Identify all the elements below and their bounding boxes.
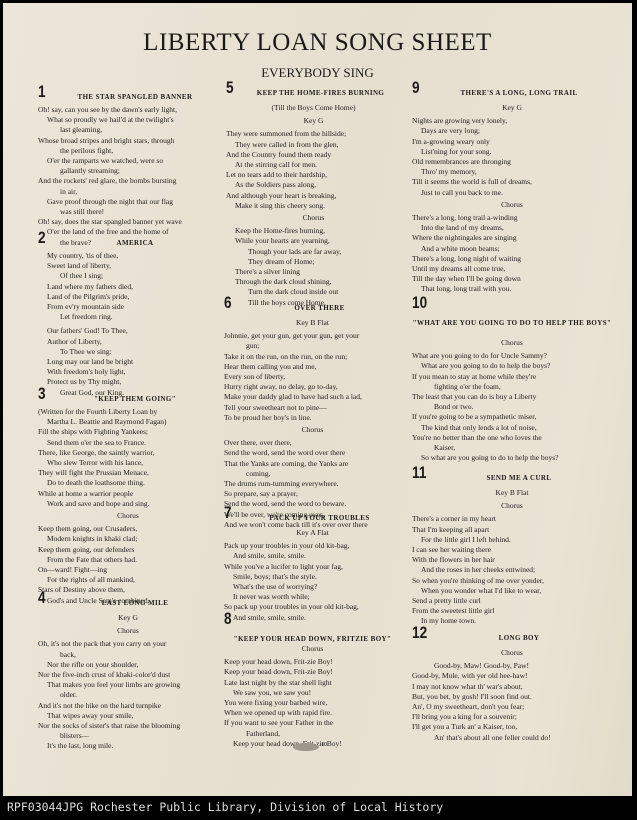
lyric-line: They were summoned from the hillside; [226,129,401,139]
chorus-label: Chorus [412,200,612,210]
lyric-line: Author of Liberty, [38,337,218,347]
song-heading: 6OVER THERE [224,302,401,316]
lyric-line: Make it sing this cheery song. [226,201,401,211]
lyric-line: Through the dark cloud shining, [226,277,401,287]
lyric-line: What so proudly we hail'd at the twiligh… [38,115,218,125]
chorus-label: Chorus [224,425,401,435]
lyric-line: last gleaming, [38,125,218,135]
song-6: 6OVER THEREKey B FlatJohnnie, get your g… [224,302,401,530]
lyric-line: Till the day when I'll be going down [412,274,612,284]
song-title: THE STAR SPANGLED BANNER [38,91,218,102]
song-sheet-page: LIBERTY LOAN SONG SHEET EVERYBODY SING 1… [3,3,632,796]
lyric-line: That makes you feel your limbs are growi… [38,680,218,690]
lyric-line: Send the word, send the word over there [224,448,401,458]
lyric-line: Land where my fathers died, [38,282,218,292]
song-4: 4LAST LONG MILEKey GChorusOh, it's not t… [38,597,218,752]
lyric-line: When we opened up with rapid fire. [224,708,401,718]
page-subtitle: EVERYBODY SING [3,65,632,81]
lyric-line: Send the word, send the word to beware. [224,499,401,509]
song-number: 3 [38,389,46,399]
lyric-line: was still there! [38,207,218,217]
lyric-line: Keep your head down, Frit-zie Boy! [224,657,401,667]
lyric-line: It's the last, long mile. [38,741,218,751]
lyric-line: Of thee I sing; [38,271,218,281]
lyric-line: And the rockets' red glare, the bombs bu… [38,176,218,186]
lyric-line: fighting o'er the foam, [412,382,612,392]
song-12: 12LONG BOYChorusGood-by, Maw! Good-by, P… [412,632,612,743]
lyric-line: With freedom's holy light, [38,367,218,377]
lyric-line: Whose broad stripes and bright stars, th… [38,136,218,146]
lyric-line: Thro' my memory, [412,167,612,177]
song-title: THERE'S A LONG, LONG TRAIL [412,87,612,98]
lyric-line: To be proud her boy's in line. [224,413,401,423]
chorus-label: Chorus [226,213,401,223]
lyric-line: Tell your sweetheart not to pine— [224,403,401,413]
lyric-line: Late last night by the star shell light [224,678,401,688]
lyric-line: Every son of liberty, [224,372,401,382]
page-title: LIBERTY LOAN SONG SHEET [3,29,632,57]
lyric-line: And although your heart is breaking, [226,191,401,201]
song-title: LONG BOY [412,632,612,643]
lyric-line: Sweet land of liberty, [38,261,218,271]
lyric-line: With the flowers in her hair [412,555,612,565]
printer-ornament-icon [293,743,319,751]
song-meta: Chorus [412,338,612,348]
song-meta: Chorus [412,648,612,658]
lyric-line: back, [38,650,218,660]
song-title: LAST LONG MILE [38,597,218,608]
lyric-line: You were fixing your barbed wire, [224,698,401,708]
song-heading: 8"KEEP YOUR HEAD DOWN, FRITZIE BOY" [224,618,401,642]
song-meta: Key G [226,116,401,126]
lyric-line: Martha L. Beattie and Raymond Fagan) [38,417,218,427]
song-number: 12 [412,628,427,638]
song-meta: Key G [38,613,218,623]
lyric-line: Gave proof through the night that our fl… [38,197,218,207]
lyric-line: Good-by, Maw! Good-by, Paw! [412,661,612,671]
lyric-line: Send a pretty little curl [412,596,612,606]
lyric-line: Nor the rifle on your shoulder, [38,660,218,670]
lyric-line: On—ward! Fight—ing [38,565,218,575]
song-title: "WHAT ARE YOU GOING TO DO TO HELP THE BO… [412,302,612,328]
lyric-line: For the rights of all mankind, [38,575,218,585]
lyric-line: There, like George, the saintly warrior, [38,448,218,458]
lyric-line: Modern knights in khaki clad; [38,534,218,544]
lyric-line: There's a corner in my heart [412,514,612,524]
lyric-line: Oh! say, can you see by the dawn's early… [38,105,218,115]
song-11: 11SEND ME A CURLKey B FlatChorusThere's … [412,472,612,627]
song-number: 10 [412,298,427,308]
song-7: 7PACK UP YOUR TROUBLESKey A FlatPack up … [224,512,401,623]
lyric-line: My country, 'tis of thee, [38,251,218,261]
lyric-line: Keep them going, our defenders [38,545,218,555]
lyric-line: That I'm keeping all apart [412,525,612,535]
lyric-line: O'er the ramparts we watched, were so [38,156,218,166]
lyric-line: The drums rum-tumming everywhere. [224,479,401,489]
lyric-line: And a white moon beams; [412,244,612,254]
song-meta: (Till the Boys Come Home) [226,103,401,113]
lyric-line: List'ning for your song. [412,147,612,157]
lyric-line: coming, [224,469,401,479]
lyric-line: Till it seems the world is full of dream… [412,177,612,187]
lyric-line: I'm a-growing weary only [412,137,612,147]
lyric-line: in air, [38,187,218,197]
lyric-line: Land of the Pilgrim's pride, [38,292,218,302]
lyric-line: Johnnie, get your gun, get your gun, get… [224,331,401,341]
lyric-line: An', O my sweetheart, don't you fear; [412,702,612,712]
lyric-line: Do to death the loathsome thing. [38,478,218,488]
lyric-line: Keep the Home-fires burning, [226,226,401,236]
song-number: 4 [38,593,46,603]
chorus-label: Chorus [38,511,218,521]
song-title: "KEEP YOUR HEAD DOWN, FRITZIE BOY" [224,618,401,644]
song-meta: Key B Flat [224,318,401,328]
lyric-line: We saw you, we saw you! [224,688,401,698]
song-title: PACK UP YOUR TROUBLES [224,512,401,523]
lyric-line: What's the use of worrying? [224,582,401,592]
song-title: SEND ME A CURL [412,472,612,483]
lyric-line: Just to call you back to me. [412,188,612,198]
lyric-line: And smile, smile, smile. [224,551,401,561]
song-number: 1 [38,87,46,97]
lyric-line: While at home a warrior people [38,489,218,499]
song-heading: 5KEEP THE HOME-FIRES BURNING [226,87,401,101]
lyric-line: Though your lads are far away, [226,247,401,257]
lyric-line: Days are very long; [412,126,612,136]
lyric-line: That long, long trail with you. [412,284,612,294]
lyric-line: Keep them going, our Crusaders, [38,524,218,534]
lyric-line: And the Country found them ready [226,150,401,160]
lyric-line: Fill the ships with Fighting Yankees; [38,427,218,437]
lyric-line: I may not know what th' war's about, [412,682,612,692]
lyric-line: Our fathers' God! To Thee, [38,326,218,336]
lyric-line: When you wonder what I'd like to wear, [412,586,612,596]
song-meta: Key B Flat [412,488,612,498]
lyric-line: And it's not the hike on the hard turnpi… [38,701,218,711]
lyric-line: Old remembrances are thronging [412,157,612,167]
song-heading: 3"KEEP THEM GOING" [38,393,218,407]
song-title: AMERICA [38,237,218,248]
lyric-line: Oh, it's not the pack that you carry on … [38,639,218,649]
lyric-line: That wipes away your smile, [38,711,218,721]
lyric-line: Nor the five-inch crust of khaki-color'd… [38,670,218,680]
lyric-line: I can see her waiting there [412,545,612,555]
lyric-line: I'll bring you a king for a souvenir; [412,712,612,722]
lyric-line: There's a long, long trail a-winding [412,213,612,223]
lyric-line: To Thee we sing: [38,347,218,357]
song-title: "KEEP THEM GOING" [38,393,218,404]
lyric-line: While your hearts are yearning, [226,236,401,246]
lyric-line: gun; [224,341,401,351]
lyric-line: Let no tears add to their hardship, [226,170,401,180]
song-9: 9THERE'S A LONG, LONG TRAILKey GNights a… [412,87,612,295]
lyric-line: Turn the dark cloud inside out [226,287,401,297]
lyric-line: Nor the socks of sister's that raise the… [38,721,218,731]
song-meta: Key A Flat [224,528,401,538]
lyric-line: Kaiser, [412,443,612,453]
lyric-line: An' that's about all one feller could do… [412,733,612,743]
lyric-line: I'll get you a Turk an' a Kaiser, too, [412,722,612,732]
song-heading: 7PACK UP YOUR TROUBLES [224,512,401,526]
lyric-line: If you're going to be a sympathetic mise… [412,412,612,422]
lyric-line: For the little girl I left behind. [412,535,612,545]
lyric-line: Let freedom ring. [38,312,218,322]
lyric-line: From the sweetest little girl [412,606,612,616]
song-heading: 4LAST LONG MILE [38,597,218,611]
lyric-line: You're no better than the one who loves … [412,433,612,443]
lyric-line: While you've a lucifer to light your fag… [224,562,401,572]
song-meta: Key G [412,103,612,113]
lyric-line: So what are you going to do to help the … [412,453,612,463]
lyric-line: They will fight the Prussian Menace, [38,468,218,478]
lyric-line: There's a long, long night of waiting [412,254,612,264]
lyric-line: Keep your head down, Frit-zie Boy! [224,667,401,677]
lyric-line: Nights are growing very lonely, [412,116,612,126]
song-heading: 9THERE'S A LONG, LONG TRAIL [412,87,612,101]
lyric-line: Until my dreams all come true, [412,264,612,274]
lyric-line: Long may our land be bright [38,357,218,367]
lyric-line: Who slew Terror with his lance, [38,458,218,468]
song-meta: Chorus [412,501,612,511]
lyric-line: Hurry right away, no delay, go to-day, [224,382,401,392]
lyric-line: blisters— [38,731,218,741]
lyric-line: The least that you can do is buy a Liber… [412,392,612,402]
lyric-line: It never was worth while; [224,592,401,602]
song-heading: 11SEND ME A CURL [412,472,612,486]
lyric-line: Take it on the run, on the run, on the r… [224,352,401,362]
lyric-line: Good-by, Mule, with yer old hee-haw! [412,671,612,681]
song-number: 7 [224,508,232,518]
lyric-line: The kind that only lends a lot of noise, [412,423,612,433]
lyric-line: Fatherland, [224,729,401,739]
song-number: 6 [224,298,232,308]
lyric-line: Smile, boys; that's the style. [224,572,401,582]
song-meta: Chorus [38,626,218,636]
lyric-line: What are you going to do to help the boy… [412,361,612,371]
song-number: 8 [224,614,232,624]
lyric-line: From ev'ry mountain side [38,302,218,312]
lyric-line: That the Yanks are coming, the Yanks are [224,459,401,469]
lyric-line: gallantly streaming; [38,166,218,176]
lyric-line: So prepare, say a prayer, [224,489,401,499]
lyric-line: older. [38,690,218,700]
lyric-line: the perilous fight, [38,146,218,156]
lyric-line: At the stirring call for men. [226,160,401,170]
song-1: 1THE STAR SPANGLED BANNEROh! say, can yo… [38,91,218,248]
lyric-line: (Written for the Fourth Liberty Loan by [38,407,218,417]
lyric-line: From the Fate that others had. [38,555,218,565]
song-number: 5 [226,83,234,93]
lyric-line: So pack up your troubles in your old kit… [224,602,401,612]
song-2: 2AMERICAMy country, 'tis of thee,Sweet l… [38,237,218,398]
lyric-line: Pack up your troubles in your old kit-ba… [224,541,401,551]
lyric-line: As the Soldiers pass along, [226,180,401,190]
lyric-line: They dream of Home; [226,257,401,267]
song-number: 11 [412,468,426,478]
lyric-line: They were called in from the glen, [226,140,401,150]
lyric-line: Bond or two. [412,402,612,412]
song-10: 10"WHAT ARE YOU GOING TO DO TO HELP THE … [412,302,612,463]
lyric-line: Oh! say, does the star spangled banner y… [38,217,218,227]
lyric-line: Protect us by Thy might, [38,377,218,387]
song-heading: 2AMERICA [38,237,218,251]
song-heading: 1THE STAR SPANGLED BANNER [38,91,218,105]
lyric-line: Into the land of my dreams, [412,223,612,233]
song-heading: 10"WHAT ARE YOU GOING TO DO TO HELP THE … [412,302,612,336]
lyric-line: Work and save and hope and sing. [38,499,218,509]
lyric-line: But, you bet, by gosh! I'll soon find ou… [412,692,612,702]
lyric-line: What are you going to do for Uncle Sammy… [412,351,612,361]
lyric-line: Over there, over there, [224,438,401,448]
printer-mark: 10 [321,742,327,748]
song-number: 9 [412,83,420,93]
song-heading: 12LONG BOY [412,632,612,646]
song-3: 3"KEEP THEM GOING"(Written for the Fourt… [38,393,218,606]
lyric-line: Stars of Destiny above them, [38,585,218,595]
lyric-line: If you want to see your Father in the [224,718,401,728]
lyric-line: If you mean to stay at home while they'r… [412,372,612,382]
lyric-line: In my home town. [412,616,612,626]
lyric-line: There's a silver lining [226,267,401,277]
lyric-line: And the roses in her cheeks entwined; [412,565,612,575]
archive-caption: RPF03044JPG Rochester Public Library, Di… [7,800,443,814]
lyric-line: Where the nightingales are singing [412,233,612,243]
song-title: OVER THERE [224,302,401,313]
lyric-line: Hear them calling you and me, [224,362,401,372]
song-number: 2 [38,233,46,243]
song-8: 8"KEEP YOUR HEAD DOWN, FRITZIE BOY"Choru… [224,618,401,749]
lyric-line: Make your daddy glad to have had such a … [224,392,401,402]
lyric-line: So when you're thinking of me over yonde… [412,576,612,586]
song-title: KEEP THE HOME-FIRES BURNING [226,87,401,98]
song-5: 5KEEP THE HOME-FIRES BURNING(Till the Bo… [226,87,401,308]
song-meta: Chorus [224,644,401,654]
lyric-line: Send them o'er the sea to France. [38,438,218,448]
